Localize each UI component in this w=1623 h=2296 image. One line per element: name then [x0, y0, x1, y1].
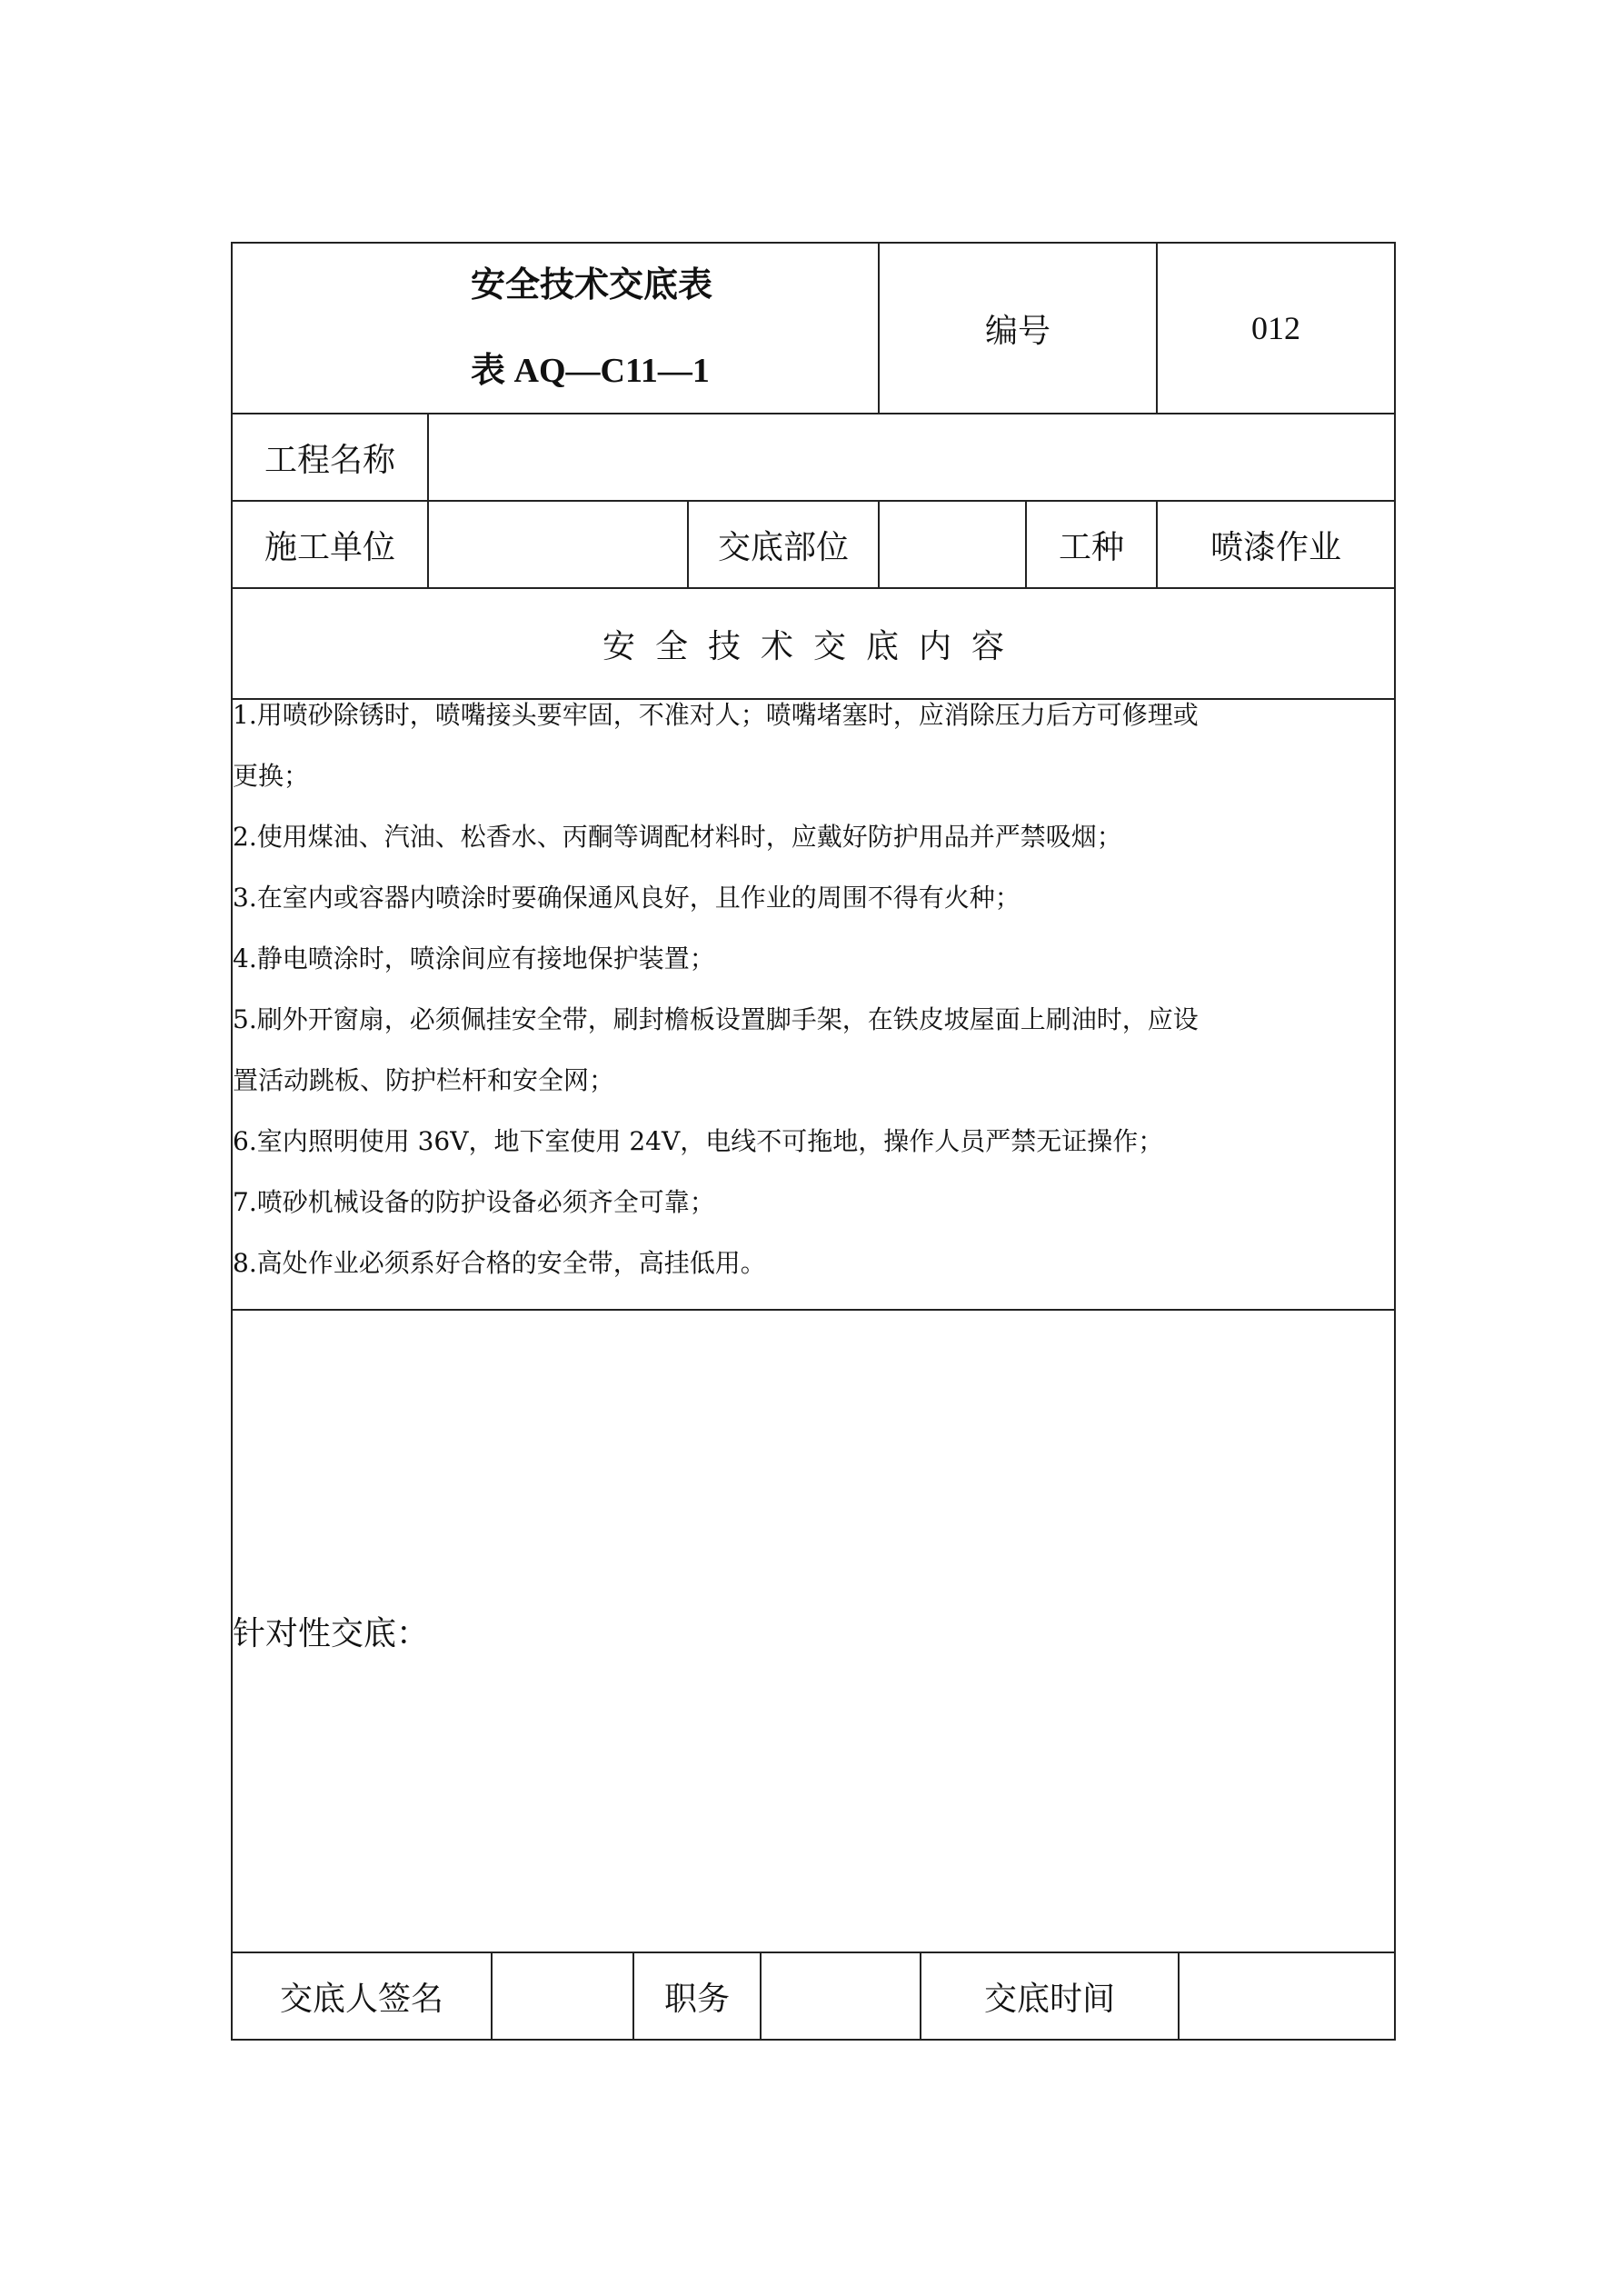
content-line: 1.用喷砂除锈时，喷嘴接头要牢固，不准对人；喷嘴堵塞时，应消除压力后方可修理或: [233, 700, 1394, 731]
content-body: 1.用喷砂除锈时，喷嘴接头要牢固，不准对人；喷嘴堵塞时，应消除压力后方可修理或 …: [232, 699, 1395, 1310]
construction-unit-field[interactable]: [428, 501, 688, 588]
briefing-time-label: 交底时间: [921, 1952, 1179, 2040]
form-table: 安全技术交底表 表 AQ—C11—1 编号 012 工程名称 施工单位 交底部位…: [231, 242, 1396, 1953]
briefing-location-field[interactable]: [879, 501, 1026, 588]
signer-field[interactable]: [492, 1952, 633, 2040]
title-cell: 安全技术交底表 表 AQ—C11—1: [232, 243, 879, 414]
content-heading: 安全技术交底内容: [232, 588, 1395, 699]
unit-row: 施工单位 交底部位 工种 喷漆作业: [232, 501, 1395, 588]
content-heading-row: 安全技术交底内容: [232, 588, 1395, 699]
project-row: 工程名称: [232, 414, 1395, 501]
construction-unit-label: 施工单位: [232, 501, 428, 588]
form-title: 安全技术交底表: [471, 267, 878, 304]
content-line: 置活动跳板、防护栏杆和安全网；: [233, 1065, 1394, 1096]
content-line: 7.喷砂机械设备的防护设备必须齐全可靠；: [233, 1187, 1394, 1218]
content-line: 8.高处作业必须系好合格的安全带，高挂低用。: [233, 1248, 1394, 1279]
content-line: 6.室内照明使用 36V，地下室使用 24V，电线不可拖地，操作人员严禁无证操作…: [233, 1126, 1394, 1157]
content-line: 3.在室内或容器内喷涂时要确保通风良好，且作业的周围不得有火种；: [233, 883, 1394, 913]
content-line: 更换；: [233, 761, 1394, 792]
content-row: 1.用喷砂除锈时，喷嘴接头要牢固，不准对人；喷嘴堵塞时，应消除压力后方可修理或 …: [232, 699, 1395, 1310]
trade-label: 工种: [1026, 501, 1157, 588]
signer-label: 交底人签名: [232, 1952, 492, 2040]
content-line: 4.静电喷涂时，喷涂间应有接地保护装置；: [233, 943, 1394, 974]
content-line: 2.使用煤油、汽油、松香水、丙酮等调配材料时，应戴好防护用品并严禁吸烟；: [233, 822, 1394, 853]
content-line: 5.刷外开窗扇，必须佩挂安全带，刷封檐板设置脚手架，在铁皮坡屋面上刷油时，应设: [233, 1004, 1394, 1035]
specific-briefing-row: 针对性交底：: [232, 1310, 1395, 1952]
header-row: 安全技术交底表 表 AQ—C11—1 编号 012: [232, 243, 1395, 414]
trade-value[interactable]: 喷漆作业: [1157, 501, 1395, 588]
briefing-location-label: 交底部位: [688, 501, 879, 588]
number-value[interactable]: 012: [1157, 243, 1395, 414]
specific-briefing-label: 针对性交底：: [233, 1615, 429, 1652]
footer-row: 交底人签名 职务 交底时间: [232, 1952, 1395, 2040]
form-code: 表 AQ—C11—1: [471, 353, 878, 389]
project-name-field[interactable]: [428, 414, 1395, 501]
briefing-time-field[interactable]: [1179, 1952, 1395, 2040]
number-label: 编号: [879, 243, 1157, 414]
footer-table: 交底人签名 职务 交底时间: [231, 1952, 1396, 2041]
position-label: 职务: [633, 1952, 761, 2040]
specific-briefing-field[interactable]: 针对性交底：: [232, 1310, 1395, 1952]
safety-briefing-form: 安全技术交底表 表 AQ—C11—1 编号 012 工程名称 施工单位 交底部位…: [231, 242, 1394, 2041]
position-field[interactable]: [761, 1952, 921, 2040]
project-name-label: 工程名称: [232, 414, 428, 501]
